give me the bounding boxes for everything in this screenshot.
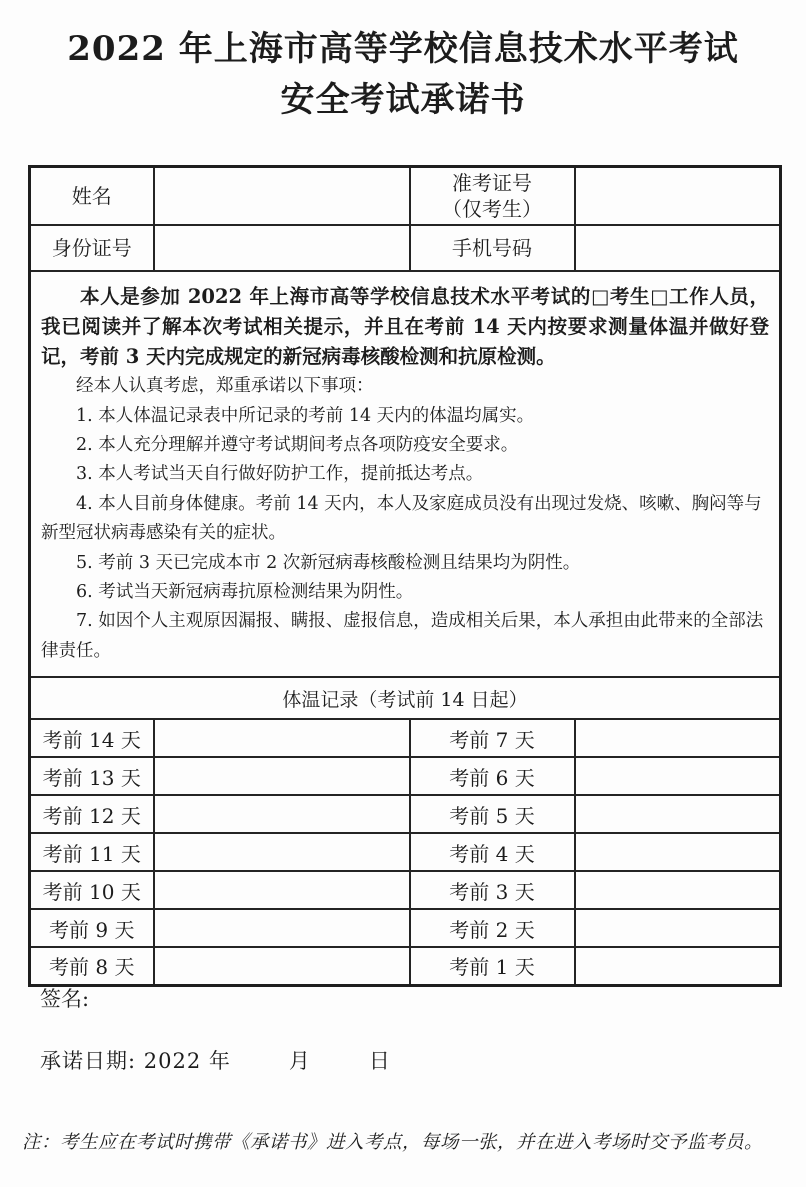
- temp-day-label: 考前 4 天: [410, 833, 575, 871]
- info-row-name: 姓名 准考证号 （仅考生）: [30, 167, 781, 225]
- document-title-line2: 安全考试承诺书: [0, 75, 806, 126]
- pledge-item-7: 7. 如因个人主观原因漏报、瞒报、虚报信息，造成相关后果，本人承担由此带来的全部…: [41, 607, 769, 666]
- temp-day-label: 考前 2 天: [410, 909, 575, 947]
- name-label: 姓名: [30, 167, 154, 225]
- temperature-row: 考前 14 天 考前 7 天: [30, 719, 781, 757]
- temp-day-label: 考前 11 天: [30, 833, 154, 871]
- pledge-item-6: 6. 考试当天新冠病毒抗原检测结果为阴性。: [41, 578, 769, 607]
- temp-value-cell: [154, 833, 410, 871]
- footer-note: 注：考生应在考试时携带《承诺书》进入考点，每场一张，并在进入考场时交予监考员。: [22, 1128, 794, 1154]
- pledge-item-1: 1. 本人体温记录表中所记录的考前 14 天内的体温均属实。: [41, 402, 769, 431]
- month-label: 月: [289, 1049, 311, 1073]
- temp-value-cell: [575, 833, 781, 871]
- temperature-row: 考前 12 天 考前 5 天: [30, 795, 781, 833]
- temp-value-cell: [575, 719, 781, 757]
- temperature-row: 考前 11 天 考前 4 天: [30, 833, 781, 871]
- admission-ticket-label-line1: 准考证号: [411, 170, 574, 196]
- temp-day-label: 考前 10 天: [30, 871, 154, 909]
- temp-value-cell: [154, 947, 410, 985]
- id-number-value-cell: [154, 225, 410, 271]
- pledge-lead: 经本人认真考虑，郑重承诺以下事项：: [41, 372, 769, 401]
- temperature-row: 考前 8 天 考前 1 天: [30, 947, 781, 985]
- commitment-date-line: 承诺日期: 2022 年月日: [40, 1045, 391, 1075]
- temp-value-cell: [154, 757, 410, 795]
- admission-ticket-value-cell: [575, 167, 781, 225]
- temp-day-label: 考前 7 天: [410, 719, 575, 757]
- temp-value-cell: [154, 871, 410, 909]
- commitment-text-cell: 本人是参加 2022 年上海市高等学校信息技术水平考试的□考生□工作人员，我已阅…: [30, 271, 781, 678]
- temperature-row: 考前 13 天 考前 6 天: [30, 757, 781, 795]
- signature-label: 签名:: [40, 983, 391, 1013]
- commitment-form-table: 姓名 准考证号 （仅考生） 身份证号 手机号码 本人是参加 2022 年上海市高…: [28, 165, 782, 987]
- temp-day-label: 考前 9 天: [30, 909, 154, 947]
- pledge-item-3: 3. 本人考试当天自行做好防护工作，提前抵达考点。: [41, 460, 769, 489]
- admission-ticket-label-line2: （仅考生）: [411, 196, 574, 222]
- temp-day-label: 考前 1 天: [410, 947, 575, 985]
- temp-value-cell: [575, 871, 781, 909]
- temperature-row: 考前 10 天 考前 3 天: [30, 871, 781, 909]
- name-value-cell: [154, 167, 410, 225]
- temp-day-label: 考前 13 天: [30, 757, 154, 795]
- temp-value-cell: [575, 947, 781, 985]
- temp-value-cell: [154, 719, 410, 757]
- document-title-line1: 2022 年上海市高等学校信息技术水平考试: [0, 24, 806, 75]
- phone-number-label: 手机号码: [410, 225, 575, 271]
- temp-value-cell: [575, 757, 781, 795]
- temp-value-cell: [575, 909, 781, 947]
- temperature-row: 考前 9 天 考前 2 天: [30, 909, 781, 947]
- info-row-id: 身份证号 手机号码: [30, 225, 781, 271]
- pledge-item-2: 2. 本人充分理解并遵守考试期间考点各项防疫安全要求。: [41, 431, 769, 460]
- pledge-item-4: 4. 本人目前身体健康。考前 14 天内，本人及家庭成员没有出现过发烧、咳嗽、胸…: [41, 490, 769, 549]
- temp-day-label: 考前 6 天: [410, 757, 575, 795]
- temp-value-cell: [154, 909, 410, 947]
- temp-day-label: 考前 14 天: [30, 719, 154, 757]
- pledge-item-5: 5. 考前 3 天已完成本市 2 次新冠病毒核酸检测且结果均为阴性。: [41, 549, 769, 578]
- temp-value-cell: [154, 795, 410, 833]
- temp-day-label: 考前 3 天: [410, 871, 575, 909]
- phone-number-value-cell: [575, 225, 781, 271]
- temp-day-label: 考前 5 天: [410, 795, 575, 833]
- temperature-table-title: 体温记录（考试前 14 日起）: [30, 677, 781, 719]
- document-page: 2022 年上海市高等学校信息技术水平考试 安全考试承诺书 姓名 准考证号 （仅…: [0, 0, 806, 1187]
- commitment-intro: 本人是参加 2022 年上海市高等学校信息技术水平考试的□考生□工作人员，我已阅…: [41, 282, 769, 373]
- admission-ticket-label: 准考证号 （仅考生）: [410, 167, 575, 225]
- id-number-label: 身份证号: [30, 225, 154, 271]
- document-title: 2022 年上海市高等学校信息技术水平考试 安全考试承诺书: [0, 0, 806, 126]
- signature-block: 签名: 承诺日期: 2022 年月日: [40, 983, 391, 1075]
- day-label: 日: [369, 1049, 391, 1073]
- temp-value-cell: [575, 795, 781, 833]
- commitment-text-row: 本人是参加 2022 年上海市高等学校信息技术水平考试的□考生□工作人员，我已阅…: [30, 271, 781, 678]
- commitment-date-prefix: 承诺日期: 2022 年: [40, 1049, 231, 1073]
- temp-day-label: 考前 8 天: [30, 947, 154, 985]
- temperature-header-row: 体温记录（考试前 14 日起）: [30, 677, 781, 719]
- temp-day-label: 考前 12 天: [30, 795, 154, 833]
